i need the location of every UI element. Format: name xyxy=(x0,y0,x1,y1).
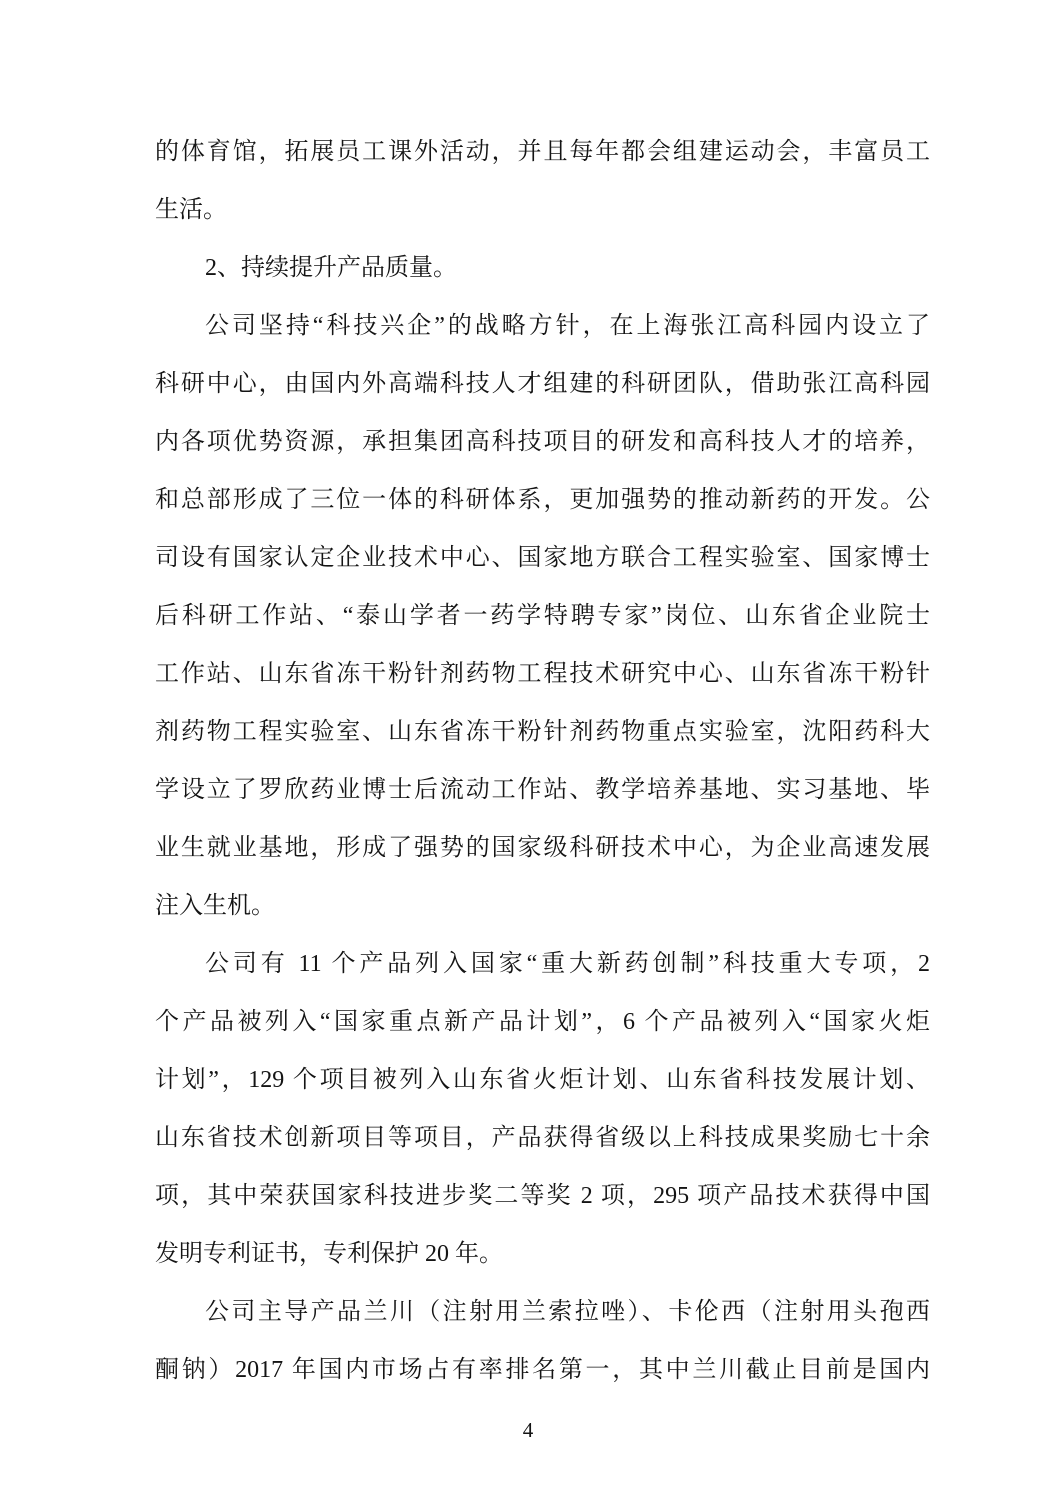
text-line: 个产品被列入“国家重点新产品计划”，6 个产品被列入“国家火炬 xyxy=(155,993,930,1051)
text-line: 剂药物工程实验室、山东省冻干粉针剂药物重点实验室，沈阳药科大 xyxy=(155,703,930,761)
page-footer: 4 xyxy=(0,1418,1056,1443)
text-line: 公司坚持“科技兴企”的战略方针，在上海张江高科园内设立了 xyxy=(155,297,930,355)
text-line: 计划”，129 个项目被列入山东省火炬计划、山东省科技发展计划、 xyxy=(155,1051,930,1109)
paragraph: 的体育馆，拓展员工课外活动，并且每年都会组建运动会，丰富员工生活。 xyxy=(155,123,930,239)
paragraph: 公司有 11 个产品列入国家“重大新药创制”科技重大专项，2个产品被列入“国家重… xyxy=(155,935,930,1283)
paragraph: 公司主导产品兰川（注射用兰索拉唑）、卡伦西（注射用头孢西酮钠）2017 年国内市… xyxy=(155,1283,930,1399)
text-line: 司设有国家认定企业技术中心、国家地方联合工程实验室、国家博士 xyxy=(155,529,930,587)
text-line: 的体育馆，拓展员工课外活动，并且每年都会组建运动会，丰富员工 xyxy=(155,123,930,181)
document-page: 的体育馆，拓展员工课外活动，并且每年都会组建运动会，丰富员工生活。2、持续提升产… xyxy=(0,0,1056,1508)
text-line: 山东省技术创新项目等项目，产品获得省级以上科技成果奖励七十余 xyxy=(155,1109,930,1167)
document-body: 的体育馆，拓展员工课外活动，并且每年都会组建运动会，丰富员工生活。2、持续提升产… xyxy=(155,123,930,1399)
page-number: 4 xyxy=(523,1418,534,1442)
text-line: 公司有 11 个产品列入国家“重大新药创制”科技重大专项，2 xyxy=(155,935,930,993)
text-line: 科研中心，由国内外高端科技人才组建的科研团队，借助张江高科园 xyxy=(155,355,930,413)
text-line: 注入生机。 xyxy=(155,877,930,935)
text-line: 后科研工作站、“泰山学者一药学特聘专家”岗位、山东省企业院士 xyxy=(155,587,930,645)
text-line: 工作站、山东省冻干粉针剂药物工程技术研究中心、山东省冻干粉针 xyxy=(155,645,930,703)
text-line: 生活。 xyxy=(155,181,930,239)
text-line: 项，其中荣获国家科技进步奖二等奖 2 项，295 项产品技术获得中国 xyxy=(155,1167,930,1225)
text-line: 公司主导产品兰川（注射用兰索拉唑）、卡伦西（注射用头孢西 xyxy=(155,1283,930,1341)
text-line: 和总部形成了三位一体的科研体系，更加强势的推动新药的开发。公 xyxy=(155,471,930,529)
text-line: 学设立了罗欣药业博士后流动工作站、教学培养基地、实习基地、毕 xyxy=(155,761,930,819)
text-line: 2、持续提升产品质量。 xyxy=(155,239,930,297)
paragraph: 2、持续提升产品质量。 xyxy=(155,239,930,297)
text-line: 发明专利证书，专利保护 20 年。 xyxy=(155,1225,930,1283)
text-line: 内各项优势资源，承担集团高科技项目的研发和高科技人才的培养， xyxy=(155,413,930,471)
paragraph: 公司坚持“科技兴企”的战略方针，在上海张江高科园内设立了科研中心，由国内外高端科… xyxy=(155,297,930,935)
text-line: 业生就业基地，形成了强势的国家级科研技术中心，为企业高速发展 xyxy=(155,819,930,877)
text-line: 酮钠）2017 年国内市场占有率排名第一，其中兰川截止目前是国内 xyxy=(155,1341,930,1399)
